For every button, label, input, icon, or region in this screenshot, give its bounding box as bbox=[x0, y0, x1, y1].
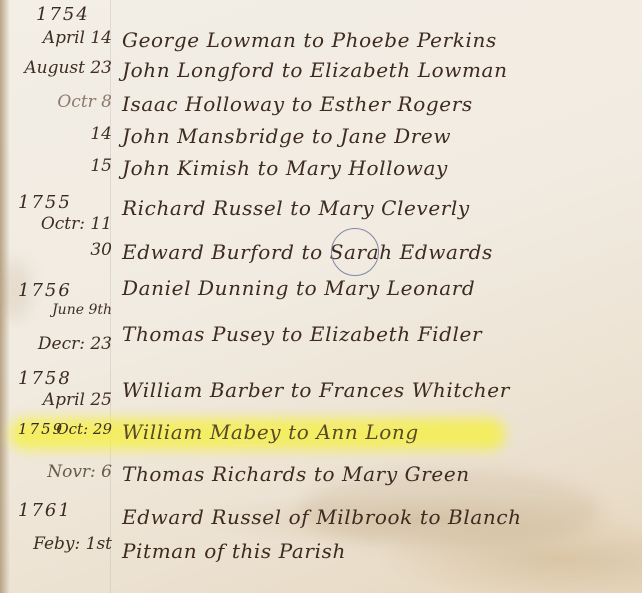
register-entry: Octr 8 Isaac Holloway to Esther Rogers bbox=[0, 92, 642, 122]
entry-text: Daniel Dunning to Mary Leonard bbox=[122, 276, 475, 300]
register-entry: Decr: 23 Thomas Pusey to Elizabeth Fidle… bbox=[0, 322, 642, 352]
entry-date: 30 bbox=[0, 240, 112, 260]
entry-text: William Mabey to Ann Long bbox=[122, 420, 419, 444]
entry-text: George Lowman to Phoebe Perkins bbox=[122, 28, 497, 52]
entry-text: Thomas Richards to Mary Green bbox=[122, 462, 470, 486]
register-entry: August 23 John Longford to Elizabeth Low… bbox=[0, 58, 642, 88]
register-entry: 15 John Kimish to Mary Holloway bbox=[0, 156, 642, 186]
entry-text: Edward Burford to Sarah Edwards bbox=[122, 240, 493, 264]
entry-text: Isaac Holloway to Esther Rogers bbox=[122, 92, 473, 116]
entry-date: August 23 bbox=[0, 58, 112, 78]
circle-annotation-marker bbox=[331, 228, 379, 276]
entry-text: John Longford to Elizabeth Lowman bbox=[122, 58, 508, 82]
entry-text: William Barber to Frances Whitcher bbox=[122, 378, 510, 402]
register-entry: Novr: 6 Thomas Richards to Mary Green bbox=[0, 462, 642, 492]
entry-date: 14 bbox=[0, 124, 112, 144]
entry-date: April 25 bbox=[0, 390, 112, 410]
entry-text: Richard Russel to Mary Cleverly bbox=[122, 196, 470, 220]
entry-text: Thomas Pusey to Elizabeth Fidler bbox=[122, 322, 482, 346]
entry-text: John Mansbridge to Jane Drew bbox=[122, 124, 451, 148]
register-entry: April 25 William Barber to Frances Whitc… bbox=[0, 378, 642, 408]
entry-text: John Kimish to Mary Holloway bbox=[122, 156, 448, 180]
year-label: 1754 bbox=[36, 4, 90, 25]
entry-date: Novr: 6 bbox=[0, 462, 112, 482]
register-entry: April 14 George Lowman to Phoebe Perkins bbox=[0, 28, 642, 58]
register-entry: Octr: 11 Richard Russel to Mary Cleverly bbox=[0, 196, 642, 226]
entry-date: April 14 bbox=[0, 28, 112, 48]
entry-date: Decr: 23 bbox=[0, 334, 112, 354]
entry-date: Oct: 29 bbox=[0, 420, 112, 438]
entry-date: June 9th bbox=[0, 302, 112, 318]
register-entry: 30 Edward Burford to Sarah Edwards bbox=[0, 240, 642, 270]
entry-date: Octr: 11 bbox=[0, 214, 112, 234]
entry-date: Feby: 1st bbox=[0, 534, 112, 554]
register-entry: 14 John Mansbridge to Jane Drew bbox=[0, 124, 642, 154]
register-entry-highlighted: Oct: 29 William Mabey to Ann Long bbox=[0, 420, 642, 450]
entry-date: Octr 8 bbox=[0, 92, 112, 112]
entry-date: 15 bbox=[0, 156, 112, 176]
entry-text: Edward Russel of Milbrook to Blanch Pitm… bbox=[122, 500, 582, 568]
register-entry: Feby: 1st Edward Russel of Milbrook to B… bbox=[0, 500, 642, 530]
register-entry: June 9th Daniel Dunning to Mary Leonard bbox=[0, 276, 642, 306]
